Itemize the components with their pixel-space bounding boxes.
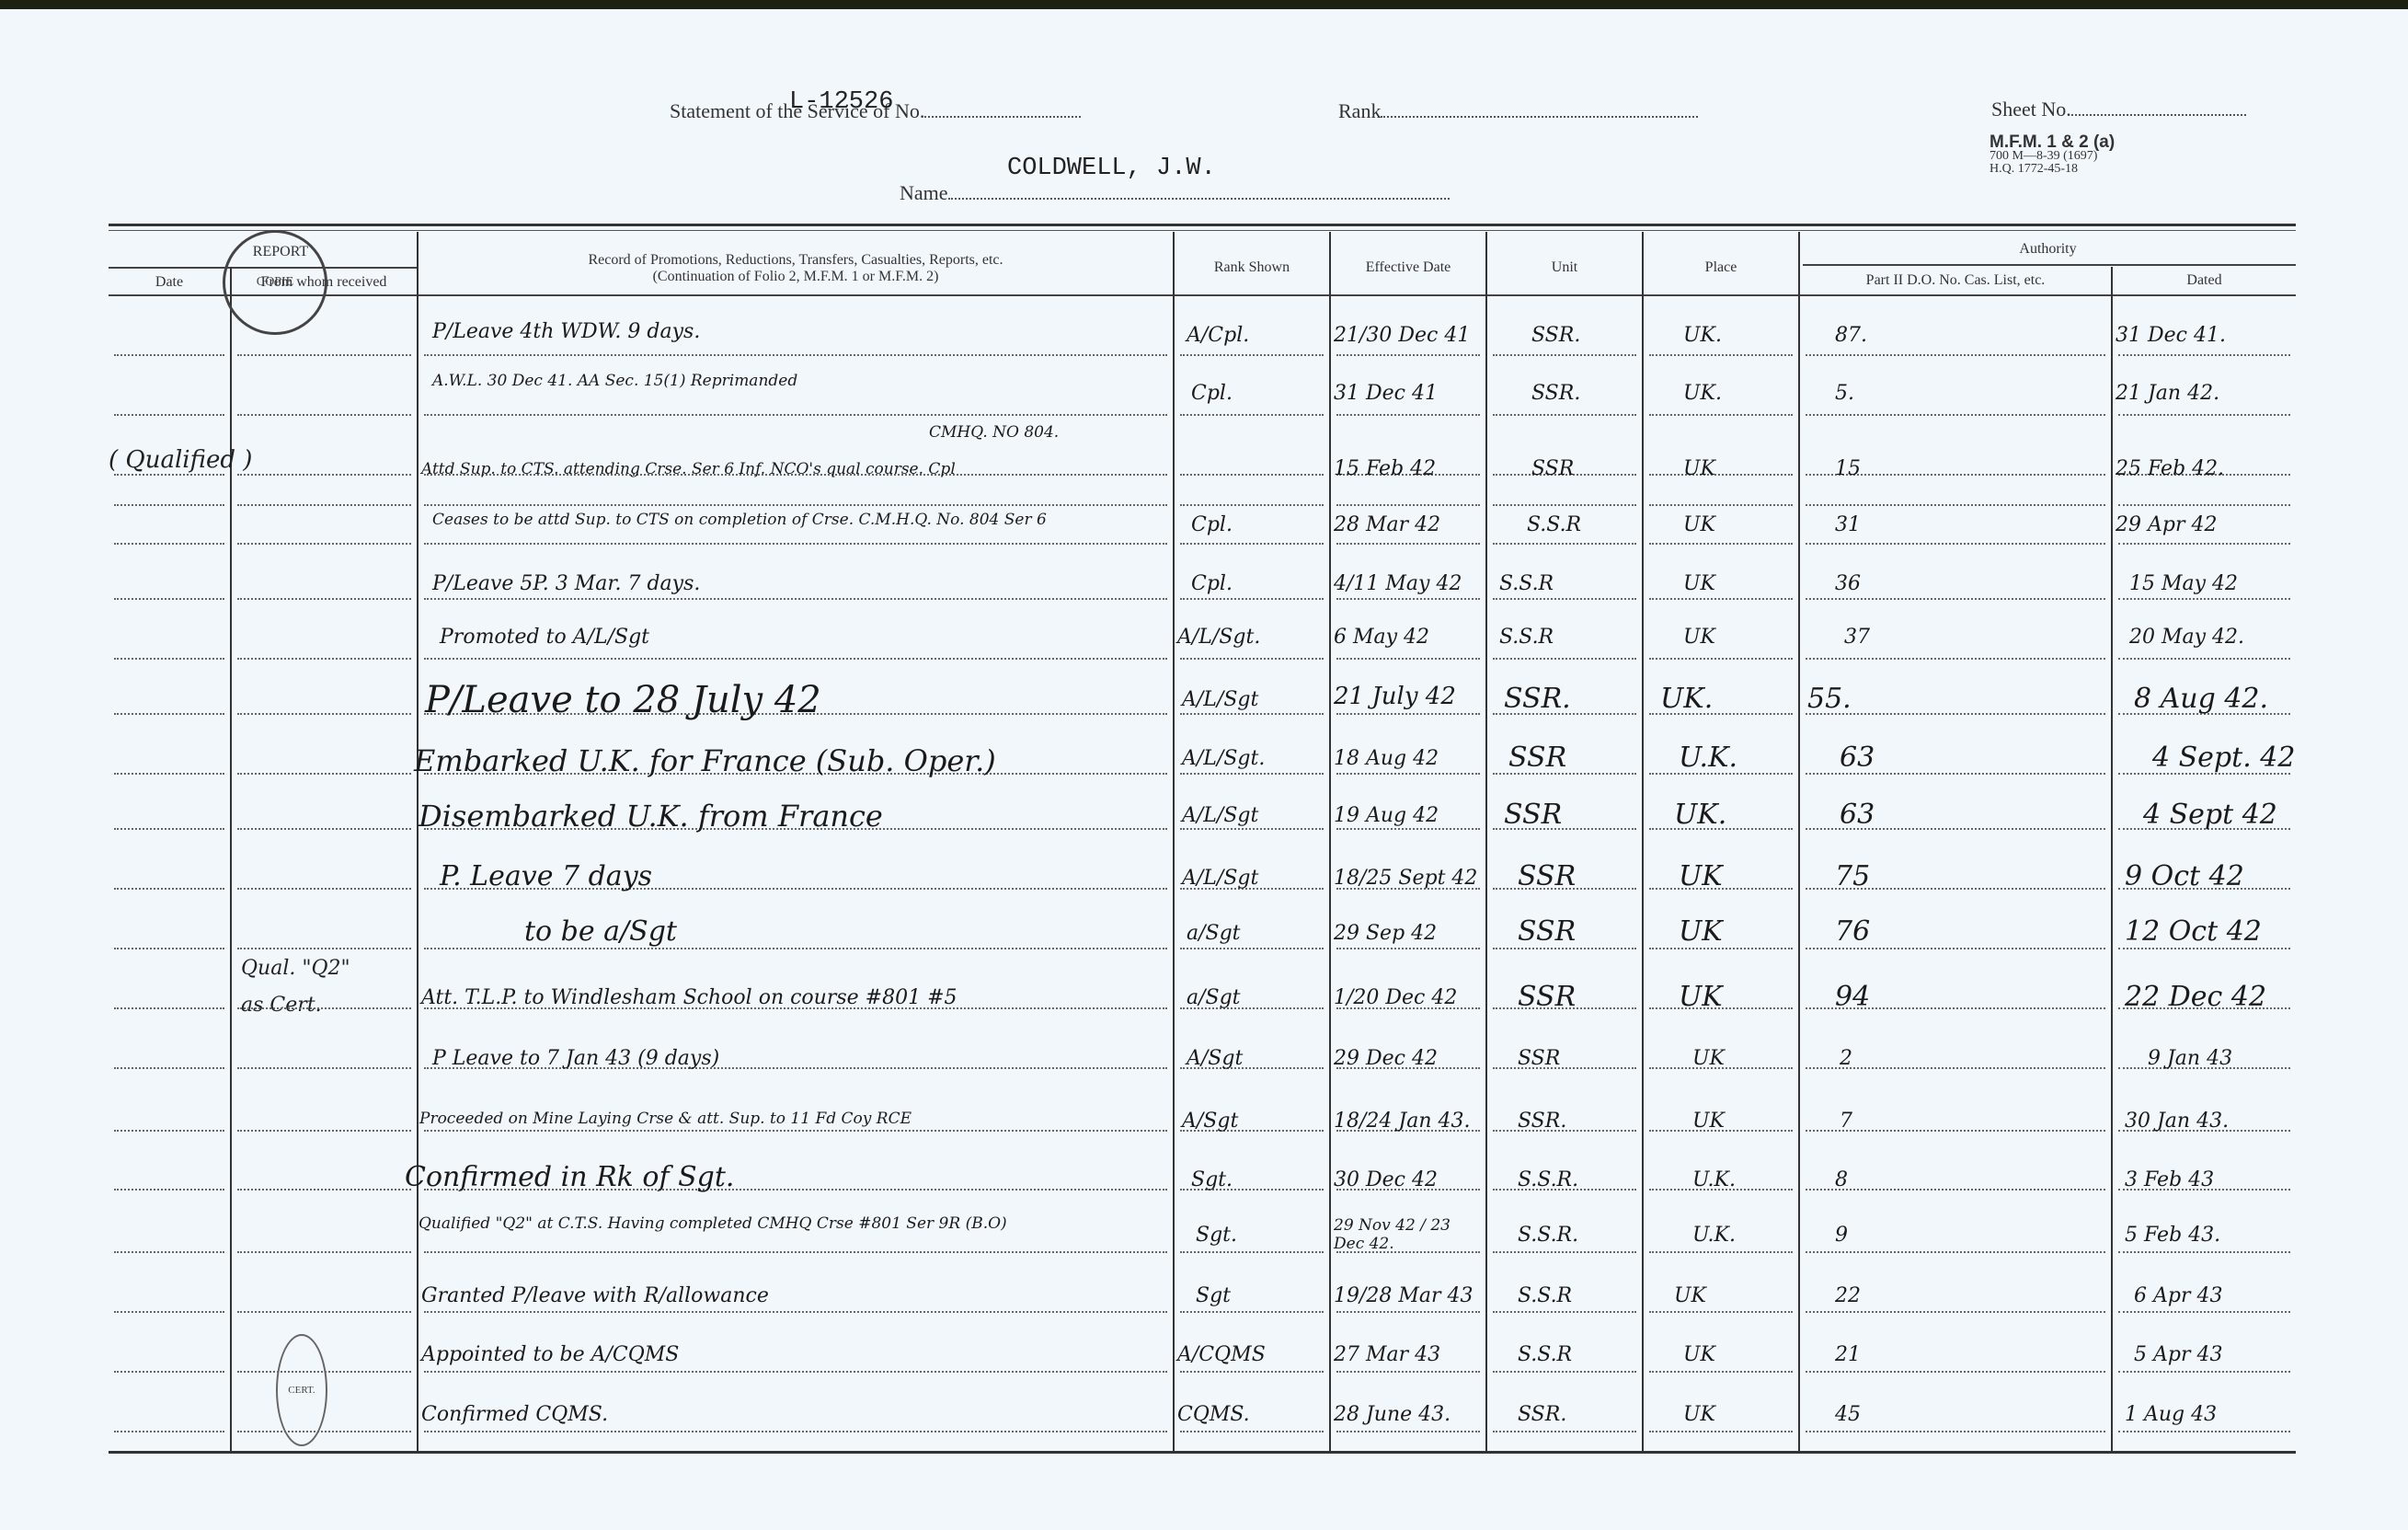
unit-cell: SSR xyxy=(1531,457,1574,480)
row-guide-line xyxy=(1493,354,1636,356)
unit-cell: SSR xyxy=(1518,981,1576,1013)
row-guide-line xyxy=(424,598,1167,600)
record-cell: Embarked U.K. for France (Sub. Oper.) xyxy=(414,743,996,778)
row-guide-line xyxy=(237,504,411,506)
dated-cell: 15 May 42 xyxy=(2129,572,2238,595)
do-number-cell: 94 xyxy=(1835,981,1870,1013)
dated-cell: 29 Apr 42 xyxy=(2116,513,2217,536)
rank-cell: Sgt. xyxy=(1191,1168,1233,1191)
dated-cell: 8 Aug 42. xyxy=(2134,683,2268,715)
dated-cell: 6 Apr 43 xyxy=(2134,1284,2222,1307)
dated-cell: 12 Oct 42 xyxy=(2125,915,2262,948)
record-cell: Promoted to A/L/Sgt xyxy=(440,626,649,649)
row-guide-line xyxy=(1336,828,1480,830)
rank-cell: Sgt xyxy=(1196,1284,1231,1307)
row-guide-line xyxy=(114,598,224,600)
unit-cell: S.S.R. xyxy=(1518,1168,1578,1191)
row-guide-line xyxy=(1493,543,1636,545)
do-number-cell: 2 xyxy=(1840,1047,1852,1070)
rank-cell: A/L/Sgt xyxy=(1182,804,1258,827)
row-guide-line xyxy=(1336,1311,1480,1313)
effective-date-cell: 1/20 Dec 42 xyxy=(1334,986,1457,1009)
row-guide-line xyxy=(237,1311,411,1313)
row-guide-line xyxy=(114,1431,224,1432)
row-guide-line xyxy=(424,543,1167,545)
sheet-label: Sheet No. xyxy=(1991,98,2246,121)
row-guide-line xyxy=(1493,414,1636,416)
row-guide-line xyxy=(1649,658,1793,660)
row-guide-line xyxy=(1336,354,1480,356)
row-guide-line xyxy=(1180,1311,1324,1313)
row-guide-line xyxy=(1649,1311,1793,1313)
row-guide-line xyxy=(1806,1371,2105,1373)
name-value: COLDWELL, J.W. xyxy=(1007,155,1216,182)
scan-edge xyxy=(0,0,2408,9)
effective-date-cell: 21 July 42 xyxy=(1334,683,1456,710)
rank-cell: CQMS. xyxy=(1177,1403,1250,1426)
record-cell: Ceases to be attd Sup. to CTS on complet… xyxy=(432,511,1047,529)
row-guide-line xyxy=(237,543,411,545)
dated-cell: 25 Feb 42. xyxy=(2116,457,2224,480)
place-cell: UK xyxy=(1679,860,1723,892)
place-cell: UK xyxy=(1683,457,1715,480)
table-top-rule xyxy=(109,224,2296,226)
effective-date-cell: 6 May 42 xyxy=(1334,626,1429,649)
col-header-record-sub: (Continuation of Folio 2, M.F.M. 1 or M.… xyxy=(419,269,1173,285)
place-cell: UK. xyxy=(1660,683,1713,715)
record-cell: Appointed to be A/CQMS xyxy=(421,1343,679,1366)
rank-cell: A/CQMS xyxy=(1177,1343,1266,1366)
row-guide-line xyxy=(1180,474,1324,476)
header-bottom-rule xyxy=(109,294,2296,296)
row-guide-line xyxy=(114,888,224,890)
row-guide-line xyxy=(114,354,224,356)
row-guide-line xyxy=(1180,948,1324,949)
row-guide-line xyxy=(237,474,411,476)
unit-cell: SSR. xyxy=(1518,1110,1566,1133)
col-header-unit: Unit xyxy=(1487,259,1642,276)
unit-cell: SSR. xyxy=(1518,1403,1566,1426)
effective-date-cell: 19 Aug 42 xyxy=(1334,804,1439,827)
do-number-cell: 7 xyxy=(1840,1110,1852,1133)
record-cell: Attd Sup. to CTS. attending Crse. Ser 6 … xyxy=(421,460,956,478)
unit-cell: SSR. xyxy=(1531,324,1580,347)
row-guide-line xyxy=(424,1371,1167,1373)
unit-cell: SSR xyxy=(1518,915,1576,948)
effective-date-cell: 29 Nov 42 / 23 Dec 42. xyxy=(1334,1216,1481,1253)
effective-date-cell: 28 Mar 42 xyxy=(1334,513,1440,536)
unit-cell: SSR xyxy=(1518,860,1576,892)
row-guide-line xyxy=(114,713,224,715)
effective-date-cell: 18/24 Jan 43. xyxy=(1334,1110,1470,1133)
rank-cell: a/Sgt xyxy=(1187,922,1241,945)
rank-cell: Cpl. xyxy=(1191,572,1233,595)
row-guide-line xyxy=(1180,1431,1324,1432)
record-cell: P Leave to 7 Jan 43 (9 days) xyxy=(432,1047,719,1070)
cert-stamp-text: CERT. xyxy=(288,1385,315,1396)
margin-note-q2-line2: as Cert. xyxy=(241,994,322,1017)
effective-date-cell: 27 Mar 43 xyxy=(1334,1343,1440,1366)
record-cell: P/Leave to 28 July 42 xyxy=(425,679,821,721)
do-number-cell: 87. xyxy=(1835,324,1867,347)
row-guide-line xyxy=(237,598,411,600)
row-guide-line xyxy=(237,1067,411,1069)
rank-cell: A/L/Sgt xyxy=(1182,867,1258,890)
row-guide-line xyxy=(1649,598,1793,600)
row-guide-line xyxy=(424,354,1167,356)
row-guide-line xyxy=(1336,414,1480,416)
do-number-cell: 63 xyxy=(1840,742,1875,774)
row-guide-line xyxy=(1180,414,1324,416)
row-guide-line xyxy=(1180,1371,1324,1373)
margin-note-q2-line1: Qual. "Q2" xyxy=(241,957,350,980)
row-guide-line xyxy=(424,1431,1167,1432)
effective-date-cell: 4/11 May 42 xyxy=(1334,572,1462,595)
row-guide-line xyxy=(1806,1189,2105,1191)
sheet-label-text: Sheet No. xyxy=(1991,98,2071,121)
do-number-cell: 31 xyxy=(1835,513,1861,536)
row-guide-line xyxy=(114,504,224,506)
dated-cell: 3 Feb 43 xyxy=(2125,1168,2214,1191)
copie-stamp: COPIE xyxy=(223,230,327,335)
unit-cell: SSR xyxy=(1518,1047,1560,1070)
row-guide-line xyxy=(1649,504,1793,506)
place-cell: UK xyxy=(1683,1403,1715,1426)
record-cell: P/Leave 4th WDW. 9 days. xyxy=(432,320,700,343)
row-guide-line xyxy=(424,414,1167,416)
col-divider-authority xyxy=(2111,267,2113,1451)
do-number-cell: 5. xyxy=(1835,382,1854,405)
unit-cell: S.S.R xyxy=(1527,513,1581,536)
margin-note-qualified: ( Qualified ) xyxy=(109,446,252,474)
row-guide-line xyxy=(114,1189,224,1191)
unit-cell: S.S.R xyxy=(1518,1284,1572,1307)
row-guide-line xyxy=(1806,414,2105,416)
row-guide-line xyxy=(237,888,411,890)
rank-label: Rank xyxy=(1338,99,1698,123)
rank-cell: Cpl. xyxy=(1191,382,1233,405)
row-guide-line xyxy=(1493,1371,1636,1373)
record-cell: to be a/Sgt xyxy=(524,915,677,948)
effective-date-cell: 18 Aug 42 xyxy=(1334,747,1439,770)
record-cell: Confirmed CQMS. xyxy=(421,1403,608,1426)
place-cell: UK xyxy=(1683,513,1715,536)
rank-cell: A/Sgt xyxy=(1182,1110,1238,1133)
dated-cell: 21 Jan 42. xyxy=(2116,382,2219,405)
row-guide-line xyxy=(114,1371,224,1373)
rank-cell: A/Cpl. xyxy=(1187,324,1249,347)
record-cell: P. Leave 7 days xyxy=(440,860,652,892)
rank-cell: A/L/Sgt. xyxy=(1177,626,1260,649)
row-guide-line xyxy=(2118,598,2290,600)
row-guide-line xyxy=(1649,948,1793,949)
place-cell: UK xyxy=(1679,981,1723,1013)
row-guide-line xyxy=(1336,1431,1480,1432)
row-guide-line xyxy=(1493,1431,1636,1432)
row-guide-line xyxy=(1649,1431,1793,1432)
row-guide-line xyxy=(424,1130,1167,1132)
row-guide-line xyxy=(237,658,411,660)
row-guide-line xyxy=(1806,948,2105,949)
col-header-dated: Dated xyxy=(2113,272,2296,289)
row-guide-line xyxy=(2118,1431,2290,1432)
col-header-authority: Authority xyxy=(1800,241,2296,258)
row-guide-line xyxy=(1806,543,2105,545)
name-label: Name xyxy=(900,181,1450,205)
place-cell: UK xyxy=(1692,1110,1725,1133)
row-guide-line xyxy=(114,1251,224,1253)
table-bottom-rule xyxy=(109,1451,2296,1454)
dated-cell: 31 Dec 41. xyxy=(2116,324,2226,347)
cert-stamp: CERT. xyxy=(276,1334,327,1446)
dated-cell: 20 May 42. xyxy=(2129,626,2244,649)
do-number-cell: 63 xyxy=(1840,799,1875,831)
row-guide-line xyxy=(1336,948,1480,949)
row-guide-line xyxy=(1493,1311,1636,1313)
place-cell: U.K. xyxy=(1692,1168,1736,1191)
unit-cell: SSR xyxy=(1508,742,1566,774)
row-guide-line xyxy=(237,414,411,416)
col-divider-date xyxy=(230,267,232,1451)
effective-date-cell: 29 Dec 42 xyxy=(1334,1047,1438,1070)
row-guide-line xyxy=(1180,713,1324,715)
row-guide-line xyxy=(1336,543,1480,545)
authority-group-rule xyxy=(1803,264,2296,266)
row-guide-line xyxy=(424,504,1167,506)
col-divider-from xyxy=(417,232,419,1451)
row-guide-line xyxy=(1180,354,1324,356)
row-guide-line xyxy=(1336,1371,1480,1373)
row-guide-line xyxy=(2118,543,2290,545)
row-guide-line xyxy=(1493,658,1636,660)
row-guide-line xyxy=(114,828,224,830)
form-print-line-2: H.Q. 1772-45-18 xyxy=(1989,163,2115,176)
record-cell: Att. T.L.P. to Windlesham School on cour… xyxy=(421,986,957,1009)
dated-cell: 9 Oct 42 xyxy=(2125,860,2244,892)
place-cell: UK xyxy=(1683,626,1715,649)
row-guide-line xyxy=(1493,1251,1636,1253)
row-guide-line xyxy=(2118,504,2290,506)
row-guide-line xyxy=(424,658,1167,660)
record-cell: Granted P/leave with R/allowance xyxy=(421,1284,769,1307)
row-guide-line xyxy=(1649,354,1793,356)
place-cell: UK xyxy=(1683,1343,1715,1366)
rank-cell: a/Sgt xyxy=(1187,986,1241,1009)
row-guide-line xyxy=(1336,713,1480,715)
row-guide-line xyxy=(1180,1251,1324,1253)
col-header-record-title: Record of Promotions, Reductions, Transf… xyxy=(419,252,1173,269)
row-guide-line xyxy=(1180,828,1324,830)
do-number-cell: 36 xyxy=(1835,572,1861,595)
name-dots xyxy=(948,198,1450,200)
do-number-cell: 21 xyxy=(1835,1343,1861,1366)
do-number-cell: 76 xyxy=(1835,915,1870,948)
rank-cell: A/Sgt xyxy=(1187,1047,1243,1070)
unit-cell: S.S.R xyxy=(1499,626,1554,649)
dated-cell: 4 Sept 42 xyxy=(2143,799,2277,831)
row-guide-line xyxy=(1806,504,2105,506)
row-guide-line xyxy=(1336,658,1480,660)
record-cell: Proceeded on Mine Laying Crse & att. Sup… xyxy=(419,1110,912,1128)
row-guide-line xyxy=(114,1311,224,1313)
copie-stamp-text: COPIE xyxy=(257,275,293,289)
place-cell: UK xyxy=(1692,1047,1725,1070)
dated-cell: 1 Aug 43 xyxy=(2125,1403,2217,1426)
rank-cell: Cpl. xyxy=(1191,513,1233,536)
row-guide-line xyxy=(1806,658,2105,660)
row-guide-line xyxy=(2118,414,2290,416)
rank-dots xyxy=(1381,116,1698,118)
col-header-effective-date: Effective Date xyxy=(1331,259,1485,276)
row-guide-line xyxy=(2118,1251,2290,1253)
row-guide-line xyxy=(237,1007,411,1009)
do-number-cell: 45 xyxy=(1835,1403,1861,1426)
do-number-cell: 75 xyxy=(1835,860,1870,892)
effective-date-cell: 15 Feb 42 xyxy=(1334,457,1436,480)
record-note: CMHQ. NO 804. xyxy=(929,423,1059,442)
row-guide-line xyxy=(1649,1251,1793,1253)
row-guide-line xyxy=(114,474,224,476)
place-cell: UK xyxy=(1674,1284,1706,1307)
dated-cell: 4 Sept. 42 xyxy=(2152,742,2295,774)
place-cell: UK. xyxy=(1674,799,1726,831)
row-guide-line xyxy=(114,1067,224,1069)
service-dots xyxy=(924,116,1081,118)
col-header-part2: Part II D.O. No. Cas. List, etc. xyxy=(1800,272,2111,289)
name-label-text: Name xyxy=(900,181,948,204)
sheet-dots xyxy=(2071,114,2246,116)
form-identifier: M.F.M. 1 & 2 (a) 700 M—8-39 (1697) H.Q. … xyxy=(1989,136,2115,176)
effective-date-cell: 19/28 Mar 43 xyxy=(1334,1284,1473,1307)
col-header-place: Place xyxy=(1644,259,1798,276)
place-cell: UK xyxy=(1683,572,1715,595)
row-guide-line xyxy=(1180,598,1324,600)
row-guide-line xyxy=(1493,948,1636,949)
row-guide-line xyxy=(1649,474,1793,476)
unit-cell: S.S.R xyxy=(1518,1343,1572,1366)
row-guide-line xyxy=(424,1251,1167,1253)
row-guide-line xyxy=(1180,543,1324,545)
do-number-cell: 15 xyxy=(1835,457,1861,480)
do-number-cell: 9 xyxy=(1835,1224,1848,1247)
row-guide-line xyxy=(114,658,224,660)
dated-cell: 9 Jan 43 xyxy=(2148,1047,2232,1070)
unit-cell: S.S.R xyxy=(1499,572,1554,595)
row-guide-line xyxy=(114,543,224,545)
dated-cell: 30 Jan 43. xyxy=(2125,1110,2229,1133)
row-guide-line xyxy=(237,1251,411,1253)
dated-cell: 5 Apr 43 xyxy=(2134,1343,2222,1366)
row-guide-line xyxy=(237,1371,411,1373)
row-guide-line xyxy=(1649,543,1793,545)
record-cell: P/Leave 5P. 3 Mar. 7 days. xyxy=(432,572,700,595)
record-cell: Disembarked U.K. from France xyxy=(419,799,883,834)
row-guide-line xyxy=(1493,598,1636,600)
row-guide-line xyxy=(114,414,224,416)
record-cell: Qualified "Q2" at C.T.S. Having complete… xyxy=(419,1214,1007,1233)
col-divider-rank xyxy=(1329,232,1331,1451)
col-header-record: Record of Promotions, Reductions, Transf… xyxy=(419,252,1173,285)
row-guide-line xyxy=(1493,1067,1636,1069)
row-guide-line xyxy=(1336,504,1480,506)
do-number-cell: 37 xyxy=(1844,626,1870,649)
row-guide-line xyxy=(424,1311,1167,1313)
row-guide-line xyxy=(1336,598,1480,600)
row-guide-line xyxy=(237,1431,411,1432)
row-guide-line xyxy=(2118,1371,2290,1373)
row-guide-line xyxy=(424,948,1167,949)
row-guide-line xyxy=(237,354,411,356)
row-guide-line xyxy=(237,948,411,949)
col-divider-place xyxy=(1798,232,1800,1451)
unit-cell: SSR xyxy=(1504,799,1562,831)
row-guide-line xyxy=(2118,948,2290,949)
service-number-value: L-12526 xyxy=(789,88,893,116)
table-top-rule-thin xyxy=(109,230,2296,231)
row-guide-line xyxy=(237,713,411,715)
row-guide-line xyxy=(1493,504,1636,506)
col-divider-eff xyxy=(1485,232,1487,1451)
place-cell: UK. xyxy=(1683,382,1722,405)
dated-cell: 22 Dec 42 xyxy=(2125,981,2266,1013)
row-guide-line xyxy=(237,773,411,775)
record-cell: A.W.L. 30 Dec 41. AA Sec. 15(1) Repriman… xyxy=(432,372,797,390)
row-guide-line xyxy=(114,1130,224,1132)
row-guide-line xyxy=(1806,598,2105,600)
row-guide-line xyxy=(1180,658,1324,660)
row-guide-line xyxy=(114,773,224,775)
form-print-line-1: 700 M—8-39 (1697) xyxy=(1989,150,2115,163)
row-guide-line xyxy=(1649,414,1793,416)
row-guide-line xyxy=(237,1189,411,1191)
row-guide-line xyxy=(2118,1311,2290,1313)
row-guide-line xyxy=(2118,658,2290,660)
do-number-cell: 55. xyxy=(1807,683,1852,715)
unit-cell: S.S.R. xyxy=(1518,1224,1578,1247)
place-cell: UK xyxy=(1679,915,1723,948)
rank-cell: A/L/Sgt. xyxy=(1182,747,1265,770)
row-guide-line xyxy=(1180,773,1324,775)
place-cell: UK. xyxy=(1683,324,1722,347)
do-number-cell: 8 xyxy=(1835,1168,1848,1191)
effective-date-cell: 29 Sep 42 xyxy=(1334,922,1437,945)
row-guide-line xyxy=(237,828,411,830)
unit-cell: SSR. xyxy=(1504,683,1571,715)
dated-cell: 5 Feb 43. xyxy=(2125,1224,2220,1247)
place-cell: U.K. xyxy=(1692,1224,1736,1247)
place-cell: U.K. xyxy=(1679,742,1737,774)
row-guide-line xyxy=(1806,1251,2105,1253)
effective-date-cell: 30 Dec 42 xyxy=(1334,1168,1438,1191)
row-guide-line xyxy=(237,1130,411,1132)
row-guide-line xyxy=(114,1007,224,1009)
col-header-date: Date xyxy=(109,274,230,291)
row-guide-line xyxy=(1649,1371,1793,1373)
col-divider-record xyxy=(1173,232,1175,1451)
do-number-cell: 22 xyxy=(1835,1284,1861,1307)
rank-cell: A/L/Sgt xyxy=(1182,688,1258,711)
rank-cell: Sgt. xyxy=(1196,1224,1237,1247)
row-guide-line xyxy=(1806,1311,2105,1313)
row-guide-line xyxy=(2118,354,2290,356)
row-guide-line xyxy=(1336,773,1480,775)
effective-date-cell: 28 June 43. xyxy=(1334,1403,1451,1426)
row-guide-line xyxy=(114,948,224,949)
col-header-rank-shown: Rank Shown xyxy=(1175,259,1329,276)
effective-date-cell: 21/30 Dec 41 xyxy=(1334,324,1470,347)
col-divider-unit xyxy=(1642,232,1644,1451)
rank-label-text: Rank xyxy=(1338,99,1381,122)
